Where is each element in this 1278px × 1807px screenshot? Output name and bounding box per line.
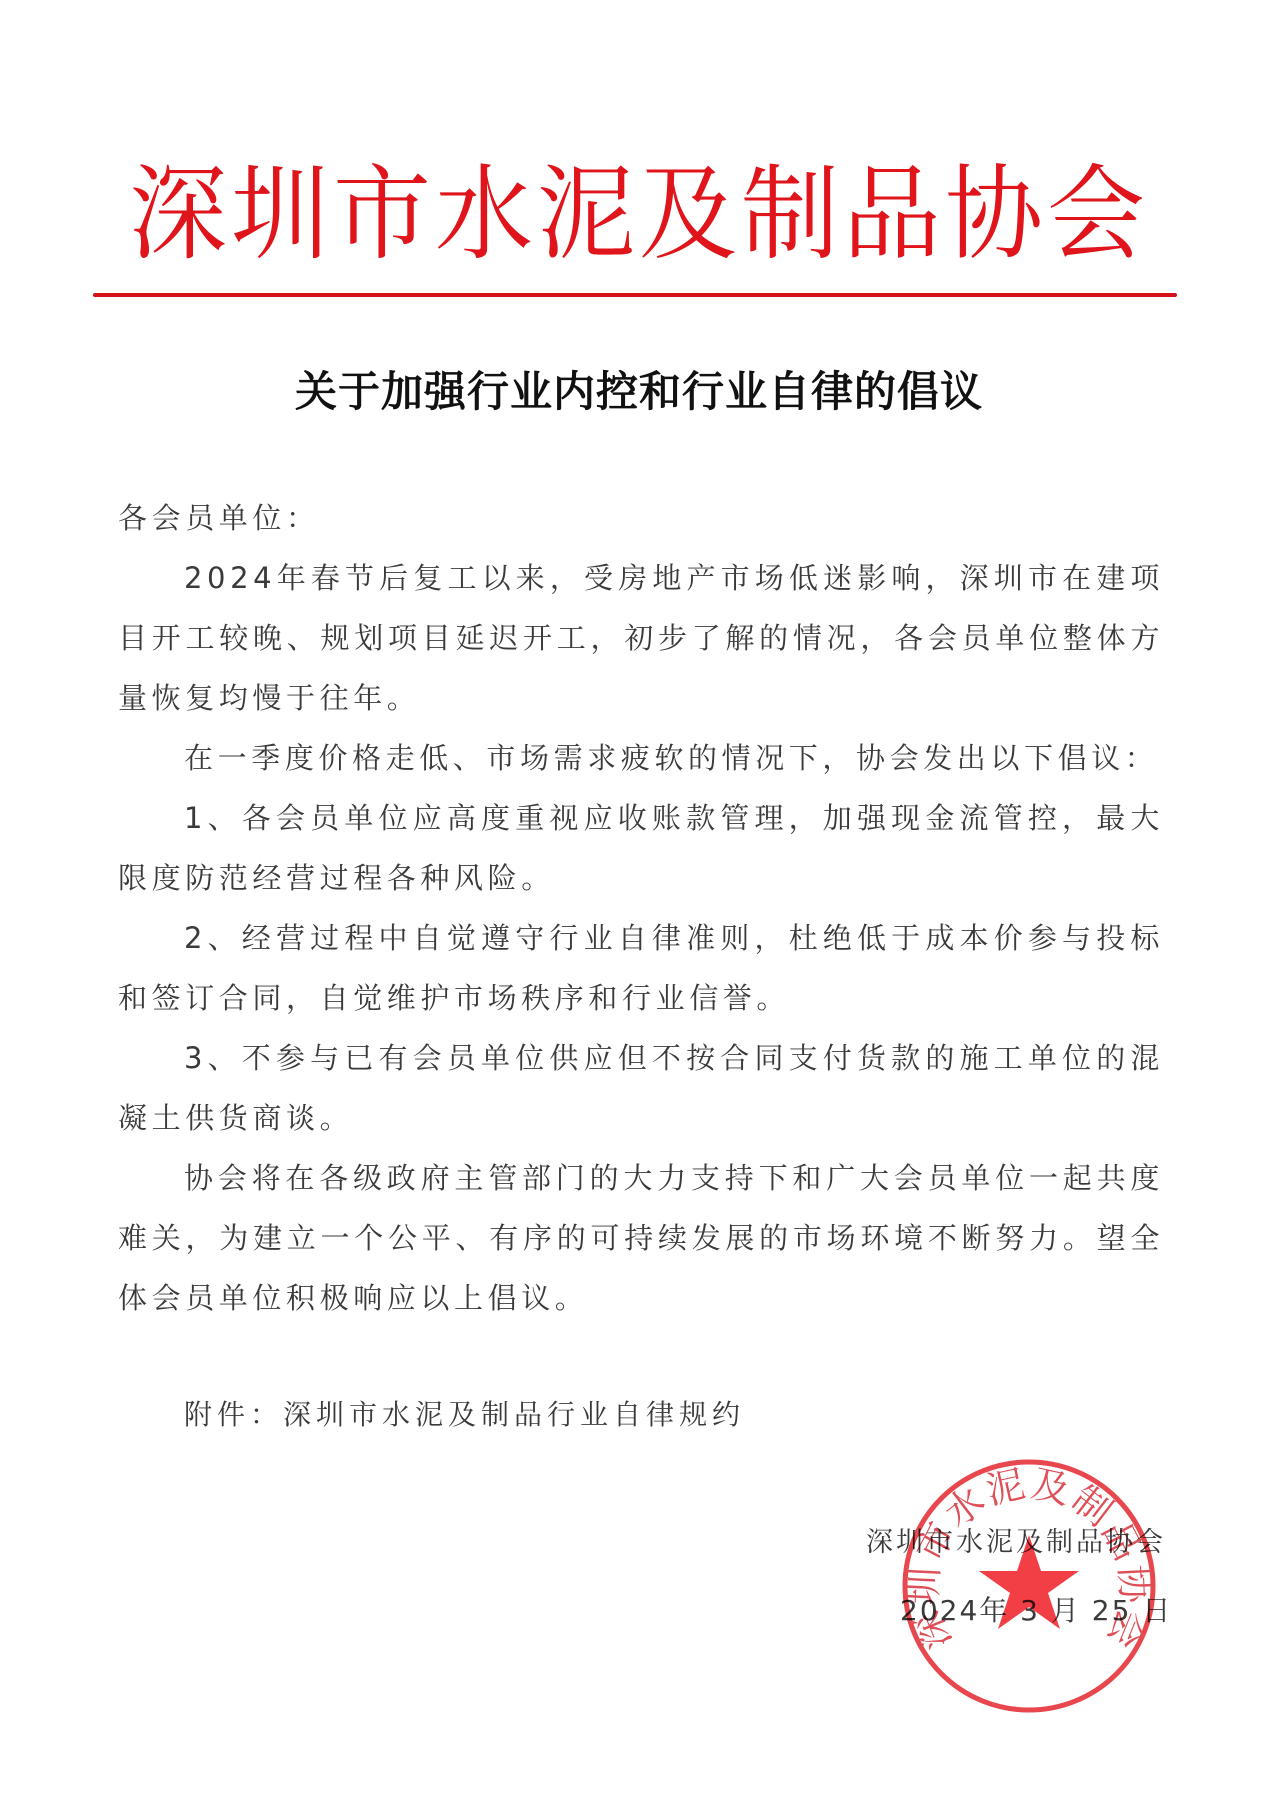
paragraph-proposal-lead: 在一季度价格走低、市场需求疲软的情况下，协会发出以下倡议：: [118, 728, 1164, 788]
document-body: 各会员单位： 2024年春节后复工以来，受房地产市场低迷影响，深圳市在建项目开工…: [118, 488, 1164, 1328]
document-title: 关于加强行业内控和行业自律的倡议: [0, 362, 1278, 422]
paragraph-proposal-3: 3、不参与已有会员单位供应但不按合同支付货款的施工单位的混凝土供货商谈。: [118, 1028, 1164, 1148]
official-seal: 深圳市水泥及制品协会: [898, 1455, 1160, 1717]
paragraph-proposal-2: 2、经营过程中自觉遵守行业自律准则，杜绝低于成本价参与投标和签订合同，自觉维护市…: [118, 908, 1164, 1028]
salutation: 各会员单位：: [118, 488, 1164, 548]
letterhead-organization-name: 深圳市水泥及制品协会: [0, 147, 1278, 284]
paragraph-proposal-1: 1、各会员单位应高度重视应收账款管理，加强现金流管控，最大限度防范经营过程各种风…: [118, 788, 1164, 908]
letterhead-divider: [93, 293, 1177, 297]
paragraph-closing: 协会将在各级政府主管部门的大力支持下和广大会员单位一起共度难关，为建立一个公平、…: [118, 1148, 1164, 1328]
star-icon: [979, 1535, 1079, 1629]
attachment-note: 附件：深圳市水泥及制品行业自律规约: [184, 1390, 745, 1440]
paragraph-intro: 2024年春节后复工以来，受房地产市场低迷影响，深圳市在建项目开工较晚、规划项目…: [118, 548, 1164, 728]
